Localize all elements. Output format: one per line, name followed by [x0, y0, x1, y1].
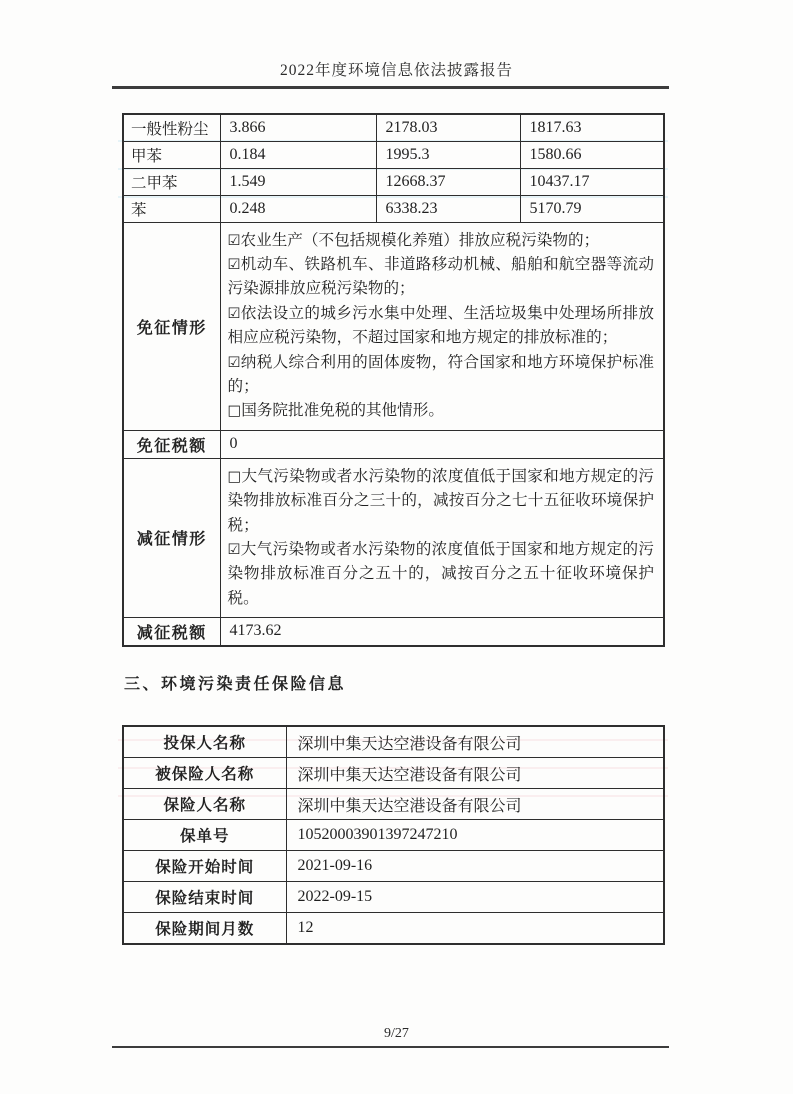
pollutant-value-cell: 1995.3 [376, 141, 520, 168]
insurance-label-cell: 保单号 [123, 820, 286, 851]
pollutant-name-cell: 一般性粉尘 [123, 114, 220, 141]
section-title: 三、环境污染责任保险信息 [124, 671, 346, 694]
insurance-value-cell: 2021-09-16 [286, 851, 664, 882]
checked-checkbox-icon: ☑ [228, 233, 241, 249]
table-row: 甲苯 0.184 1995.3 1580.66 [123, 141, 664, 168]
exemption-amount-label-cell: 免征税额 [123, 430, 220, 458]
insurance-label-cell: 保险开始时间 [123, 851, 286, 882]
checkbox-item-text: 纳税人综合利用的固体废物，符合国家和地方环境保护标准的； [228, 354, 655, 395]
checked-checkbox-icon: ☑ [228, 542, 241, 558]
pollutant-value-cell: 0.248 [220, 195, 376, 222]
pollutant-value-cell: 1.549 [220, 168, 376, 195]
insurance-value-cell: 10520003901397247210 [286, 820, 664, 851]
pollutant-value-cell: 12668.37 [376, 168, 520, 195]
reduction-items-cell: □大气污染物或者水污染物的浓度值低于国家和地方规定的污染物排放标准百分之三十的，… [220, 458, 664, 617]
checked-checkbox-icon: ☑ [228, 355, 241, 371]
table-row: 投保人名称 深圳中集天达空港设备有限公司 [123, 726, 664, 758]
pollutant-name-cell: 苯 [123, 195, 220, 222]
header-divider [112, 86, 669, 89]
insurance-value-cell: 深圳中集天达空港设备有限公司 [286, 758, 664, 789]
pollutant-value-cell: 3.866 [220, 114, 376, 141]
reduction-amount-value-cell: 4173.62 [220, 618, 664, 646]
insurance-label-cell: 投保人名称 [123, 726, 286, 758]
checkbox-item: □大气污染物或者水污染物的浓度值低于国家和地方规定的污染物排放标准百分之三十的，… [228, 465, 655, 538]
checkbox-item: □国务院批准免税的其他情形。 [228, 399, 655, 423]
exemption-items-cell: ☑农业生产（不包括规模化养殖）排放应税污染物的； ☑机动车、铁路机车、非道路移动… [220, 222, 664, 430]
table-row: 一般性粉尘 3.866 2178.03 1817.63 [123, 114, 664, 141]
insurance-label-cell: 保险结束时间 [123, 882, 286, 913]
pollutant-value-cell: 1817.63 [520, 114, 664, 141]
table-row: 减征情形 □大气污染物或者水污染物的浓度值低于国家和地方规定的污染物排放标准百分… [123, 458, 664, 617]
table-row: 保险结束时间 2022-09-15 [123, 882, 664, 913]
table-row: 免征税额 0 [123, 430, 664, 458]
checkbox-item-text: 农业生产（不包括规模化养殖）排放应税污染物的； [241, 232, 600, 249]
table-row: 苯 0.248 6338.23 5170.79 [123, 195, 664, 222]
insurance-label-cell: 保险人名称 [123, 789, 286, 820]
exemption-label-cell: 免征情形 [123, 222, 220, 430]
checkbox-item: ☑纳税人综合利用的固体废物，符合国家和地方环境保护标准的； [228, 351, 655, 400]
insurance-value-cell: 深圳中集天达空港设备有限公司 [286, 726, 664, 758]
insurance-table: 投保人名称 深圳中集天达空港设备有限公司 被保险人名称 深圳中集天达空港设备有限… [122, 725, 665, 945]
table-row: 保险开始时间 2021-09-16 [123, 851, 664, 882]
table-row: 保险人名称 深圳中集天达空港设备有限公司 [123, 789, 664, 820]
pollutant-value-cell: 2178.03 [376, 114, 520, 141]
insurance-value-cell: 2022-09-15 [286, 882, 664, 913]
pollutant-value-cell: 10437.17 [520, 168, 664, 195]
checkbox-item: ☑依法设立的城乡污水集中处理、生活垃圾集中处理场所排放相应应税污染物，不超过国家… [228, 302, 655, 351]
table-row: 保单号 10520003901397247210 [123, 820, 664, 851]
reduction-label-cell: 减征情形 [123, 458, 220, 617]
checked-checkbox-icon: ☑ [228, 306, 241, 322]
checked-checkbox-icon: ☑ [228, 257, 241, 273]
reduction-amount-label-cell: 减征税额 [123, 618, 220, 646]
checkbox-item: ☑农业生产（不包括规模化养殖）排放应税污染物的； [228, 229, 655, 253]
checkbox-item-text: 依法设立的城乡污水集中处理、生活垃圾集中处理场所排放相应应税污染物，不超过国家和… [228, 305, 655, 346]
pollutant-value-cell: 5170.79 [520, 195, 664, 222]
table-row: 免征情形 ☑农业生产（不包括规模化养殖）排放应税污染物的； ☑机动车、铁路机车、… [123, 222, 664, 430]
page-title: 2022年度环境信息依法披露报告 [0, 58, 793, 80]
footer-divider [112, 1046, 669, 1048]
checkbox-item-text: 大气污染物或者水污染物的浓度值低于国家和地方规定的污染物排放标准百分之三十的，减… [228, 468, 655, 534]
insurance-value-cell: 12 [286, 913, 664, 945]
checkbox-item-text: 机动车、铁路机车、非道路移动机械、船舶和航空器等流动污染源排放应税污染物的； [228, 256, 655, 297]
table-row: 减征税额 4173.62 [123, 618, 664, 646]
unchecked-checkbox-icon: □ [228, 403, 242, 419]
exemption-amount-value-cell: 0 [220, 430, 664, 458]
insurance-label-cell: 被保险人名称 [123, 758, 286, 789]
table-row: 被保险人名称 深圳中集天达空港设备有限公司 [123, 758, 664, 789]
table-row: 二甲苯 1.549 12668.37 10437.17 [123, 168, 664, 195]
insurance-value-cell: 深圳中集天达空港设备有限公司 [286, 789, 664, 820]
table-row: 保险期间月数 12 [123, 913, 664, 945]
pollutant-name-cell: 甲苯 [123, 141, 220, 168]
checkbox-item: ☑大气污染物或者水污染物的浓度值低于国家和地方规定的污染物排放标准百分之五十的，… [228, 538, 655, 611]
tax-table: 一般性粉尘 3.866 2178.03 1817.63 甲苯 0.184 199… [122, 113, 665, 647]
insurance-label-cell: 保险期间月数 [123, 913, 286, 945]
document-page: 2022年度环境信息依法披露报告 一般性粉尘 3.866 2178.03 181… [0, 0, 793, 1094]
checkbox-item: ☑机动车、铁路机车、非道路移动机械、船舶和航空器等流动污染源排放应税污染物的； [228, 253, 655, 302]
pollutant-value-cell: 1580.66 [520, 141, 664, 168]
pollutant-name-cell: 二甲苯 [123, 168, 220, 195]
checkbox-item-text: 国务院批准免税的其他情形。 [241, 402, 444, 419]
checkbox-item-text: 大气污染物或者水污染物的浓度值低于国家和地方规定的污染物排放标准百分之五十的，减… [228, 541, 655, 607]
pollutant-value-cell: 0.184 [220, 141, 376, 168]
page-number: 9/27 [0, 1026, 793, 1042]
unchecked-checkbox-icon: □ [228, 469, 242, 485]
pollutant-value-cell: 6338.23 [376, 195, 520, 222]
